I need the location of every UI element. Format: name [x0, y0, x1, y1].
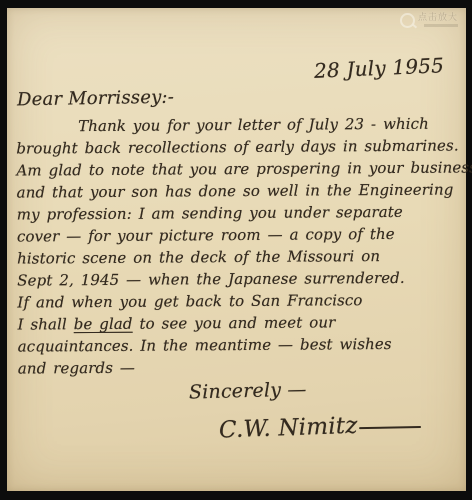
letter-line: Am glad to note that you are prospering …: [16, 156, 459, 181]
magnifier-icon: [400, 13, 415, 28]
signature-flourish: [359, 426, 421, 429]
letter-photograph: 点击放大 28 July 1955 Dear Morrissey:- Thank…: [0, 0, 472, 500]
letter-closing: Sincerely —: [189, 378, 307, 403]
letter-line: acquaintances. In the meantime — best wi…: [18, 332, 461, 357]
signature-name: C.W. Nimitz: [219, 413, 358, 444]
letter-line-fragment: to see you and meet our: [133, 313, 336, 332]
letter-line: Sept 2, 1945 — when the Japanese surrend…: [17, 266, 460, 291]
letter-body: Thank you for your letter of July 23 - w…: [16, 112, 461, 379]
watermark-subline: [424, 24, 458, 27]
letter-line: If and when you get back to San Francisc…: [17, 288, 460, 313]
letter-line: and that your son has done so well in th…: [17, 178, 460, 203]
signature: C.W. Nimitz: [219, 410, 421, 443]
letter-line: I shall be glad to see you and meet our: [17, 310, 460, 335]
letter-line-fragment: I shall: [17, 315, 73, 333]
letter-paper: 点击放大 28 July 1955 Dear Morrissey:- Thank…: [7, 8, 466, 491]
watermark-label: 点击放大: [418, 14, 458, 23]
letter-line: Thank you for your letter of July 23 - w…: [16, 112, 459, 137]
watermark: 点击放大: [400, 13, 458, 28]
letter-line: historic scene on the deck of the Missou…: [17, 244, 460, 269]
letter-line: brought back recollections of early days…: [16, 134, 459, 159]
letter-date: 28 July 1955: [313, 53, 444, 83]
letter-line: my profession: I am sending you under se…: [17, 200, 460, 225]
letter-salutation: Dear Morrissey:-: [17, 87, 174, 111]
letter-line: and regards —: [18, 354, 461, 379]
letter-line: cover — for your picture room — a copy o…: [17, 222, 460, 247]
underlined-phrase: be glad: [74, 315, 133, 333]
